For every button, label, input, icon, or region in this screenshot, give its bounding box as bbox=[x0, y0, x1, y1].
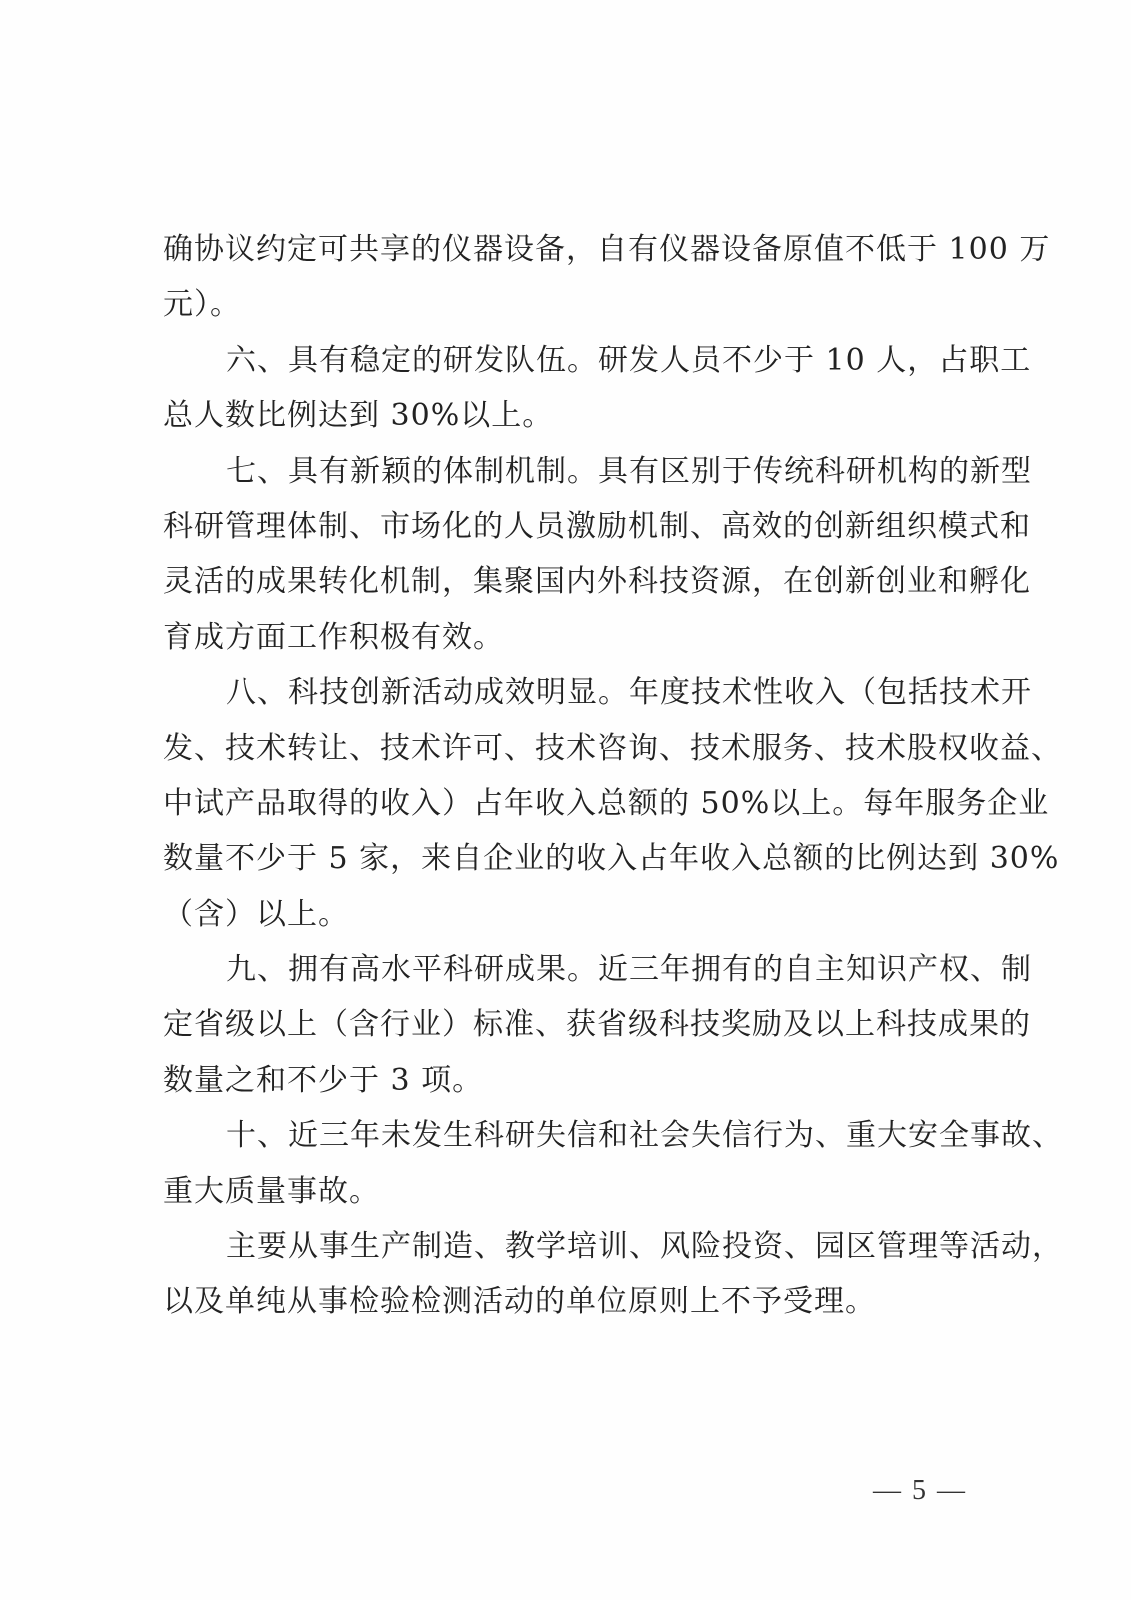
text-line: （含）以上。 bbox=[163, 887, 985, 942]
text-line: 以及单纯从事检验检测活动的单位原则上不予受理。 bbox=[163, 1274, 985, 1329]
text-line: 重大质量事故。 bbox=[163, 1164, 985, 1219]
text-line: 九、拥有高水平科研成果。近三年拥有的自主知识产权、制 bbox=[163, 942, 985, 997]
text-line: 定省级以上（含行业）标准、获省级科技奖励及以上科技成果的 bbox=[163, 997, 985, 1052]
text-line: 八、科技创新活动成效明显。年度技术性收入（包括技术开 bbox=[163, 665, 985, 720]
text-line: 发、技术转让、技术许可、技术咨询、技术服务、技术股权收益、 bbox=[163, 721, 985, 776]
text-line: 元）。 bbox=[163, 277, 985, 332]
text-line: 主要从事生产制造、教学培训、风险投资、园区管理等活动， bbox=[163, 1219, 985, 1274]
page-number: — 5 — bbox=[860, 1475, 980, 1507]
text-line: 十、近三年未发生科研失信和社会失信行为、重大安全事故、 bbox=[163, 1108, 985, 1163]
text-line: 六、具有稳定的研发队伍。研发人员不少于 10 人，占职工 bbox=[163, 333, 985, 388]
document-page: 确协议约定可共享的仪器设备，自有仪器设备原值不低于 100 万 元）。 六、具有… bbox=[0, 0, 1131, 1600]
text-line: 确协议约定可共享的仪器设备，自有仪器设备原值不低于 100 万 bbox=[163, 222, 985, 277]
text-line: 灵活的成果转化机制，集聚国内外科技资源，在创新创业和孵化 bbox=[163, 554, 985, 609]
text-line: 总人数比例达到 30%以上。 bbox=[163, 388, 985, 443]
text-line: 育成方面工作积极有效。 bbox=[163, 610, 985, 665]
text-line: 中试产品取得的收入）占年收入总额的 50%以上。每年服务企业 bbox=[163, 776, 985, 831]
text-line: 科研管理体制、市场化的人员激励机制、高效的创新组织模式和 bbox=[163, 499, 985, 554]
text-line: 数量不少于 5 家，来自企业的收入占年收入总额的比例达到 30% bbox=[163, 831, 985, 886]
text-line: 数量之和不少于 3 项。 bbox=[163, 1053, 985, 1108]
text-line: 七、具有新颖的体制机制。具有区别于传统科研机构的新型 bbox=[163, 444, 985, 499]
body-text: 确协议约定可共享的仪器设备，自有仪器设备原值不低于 100 万 元）。 六、具有… bbox=[163, 222, 985, 1330]
